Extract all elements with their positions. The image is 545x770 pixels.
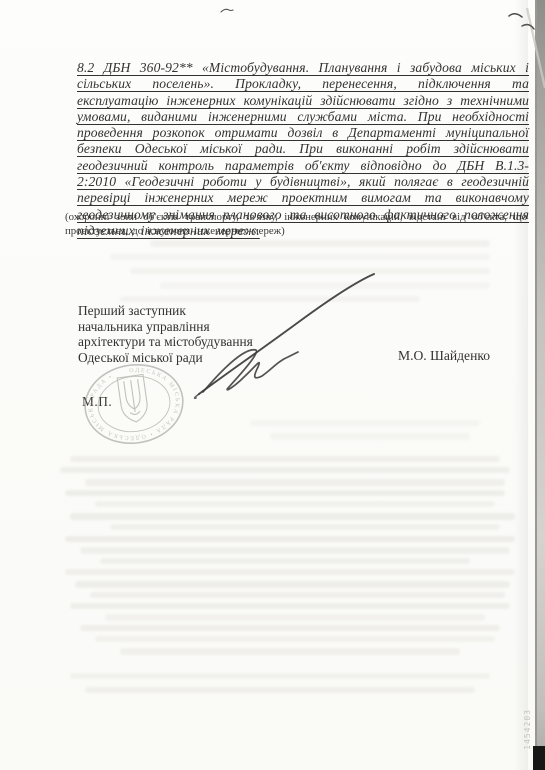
bleed-through-line xyxy=(105,614,485,621)
bleed-through-line xyxy=(250,420,480,426)
bleed-through-line xyxy=(110,524,500,530)
scan-edge-band xyxy=(537,0,545,770)
bleed-through-line xyxy=(150,240,490,247)
bleed-through-line xyxy=(270,433,470,440)
bleed-through-line xyxy=(65,569,515,575)
handwritten-signature xyxy=(190,255,390,405)
bleed-through-line xyxy=(90,592,505,598)
bleed-through-line xyxy=(95,636,495,642)
protection-zones-note: (охоронні зони об'єктів транспорту, зв'я… xyxy=(65,211,527,238)
bleed-through-line xyxy=(60,467,510,473)
trident-emblem-icon xyxy=(117,374,149,423)
bleed-through-line xyxy=(120,648,460,655)
scanned-document-page: 8.2 ДБН 360-92** «Містобудування. Планув… xyxy=(0,0,545,770)
scan-id-watermark: 1454203 xyxy=(523,709,532,750)
city-council-stamp: ОДЕСЬКА МІСЬКА РАДА • ОДЕСЬКА МІСЬКА РАД… xyxy=(82,362,186,446)
bleed-through-line xyxy=(95,501,495,507)
bleed-through-line xyxy=(100,558,470,564)
bleed-through-line xyxy=(70,603,510,609)
bleed-through-line xyxy=(70,456,500,462)
page-fold-marks xyxy=(505,0,545,100)
bleed-through-line xyxy=(80,547,510,554)
bleed-through-line xyxy=(80,625,500,631)
pen-speck xyxy=(220,7,234,14)
scan-edge-shadow xyxy=(514,0,528,770)
bleed-through-line xyxy=(85,687,475,693)
bleed-through-line xyxy=(65,490,505,496)
bleed-through-line xyxy=(70,513,515,520)
signatory-name: М.О. Шайденко xyxy=(398,348,490,364)
bleed-through-line xyxy=(70,673,490,679)
scan-corner-block xyxy=(533,746,545,770)
bleed-through-line xyxy=(85,479,505,486)
bleed-through-line xyxy=(75,581,510,588)
bleed-through-line xyxy=(65,536,515,542)
